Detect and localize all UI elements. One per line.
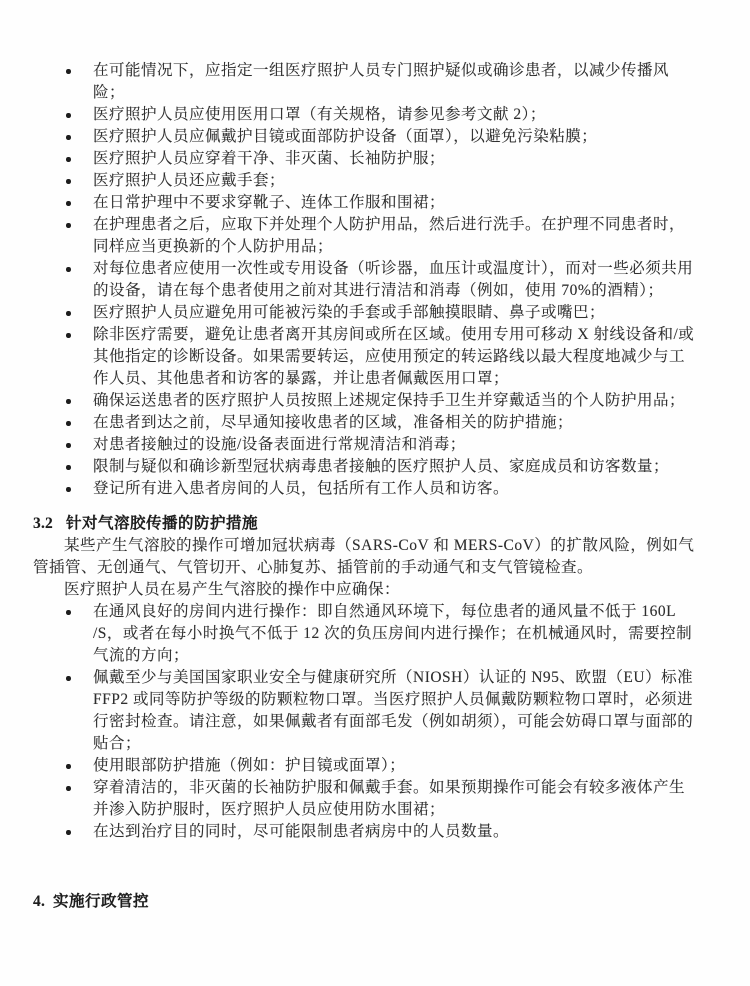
list-item: 对每位患者应使用一次性或专用设备（听诊器，血压计或温度计），而对一些必须共用的设… xyxy=(33,258,700,302)
list-item-text: 医疗照护人员应佩戴护目镜或面部防护设备（面罩），以避免污染粘膜； xyxy=(93,128,597,145)
list-item-text: 穿着清洁的，非灭菌的长袖防护服和佩戴手套。如果预期操作可能会有较多液体产生并渗入… xyxy=(93,779,685,818)
list-item-text: 除非医疗需要，避免让患者离开其房间或所在区域。使用专用可移动 X 射线设备和/或… xyxy=(93,326,694,387)
droplet-contact-precaution-list: 在可能情况下，应指定一组医疗照护人员专门照护疑似或确诊患者，以减少传播风险； 医… xyxy=(33,60,700,500)
list-item: 确保运送患者的医疗照护人员按照上述规定保持手卫生并穿戴适当的个人防护用品； xyxy=(33,390,700,412)
list-item-text: 医疗照护人员应穿着干净、非灭菌、长袖防护服； xyxy=(93,150,445,167)
list-item: 在日常护理中不要求穿靴子、连体工作服和围裙； xyxy=(33,192,700,214)
section-3-2-title: 针对气溶胶传播的防护措施 xyxy=(66,515,258,532)
list-item: 登记所有进入患者房间的人员，包括所有工作人员和访客。 xyxy=(33,478,700,500)
section-4-title: 实施行政管控 xyxy=(53,893,149,910)
list-item: 医疗照护人员应使用医用口罩（有关规格，请参见参考文献 2）； xyxy=(33,104,700,126)
list-item: 限制与疑似和确诊新型冠状病毒患者接触的医疗照护人员、家庭成员和访客数量； xyxy=(33,456,700,478)
list-item: 佩戴至少与美国国家职业安全与健康研究所（NIOSH）认证的 N95、欧盟（EU）… xyxy=(33,667,700,755)
section-3-2-number: 3.2 xyxy=(33,513,53,535)
list-item-text: 使用眼部防护措施（例如：护目镜或面罩）； xyxy=(93,757,405,774)
section-3-2-paragraph-2: 医疗照护人员在易产生气溶胶的操作中应确保： xyxy=(33,579,700,601)
list-item: 除非医疗需要，避免让患者离开其房间或所在区域。使用专用可移动 X 射线设备和/或… xyxy=(33,324,700,390)
list-item: 医疗照护人员应避免用可能被污染的手套或手部触摸眼睛、鼻子或嘴巴； xyxy=(33,302,700,324)
list-item-text: 在通风良好的房间内进行操作：即自然通风环境下，每位患者的通风量不低于 160L … xyxy=(93,603,692,664)
list-item: 在通风良好的房间内进行操作：即自然通风环境下，每位患者的通风量不低于 160L … xyxy=(33,601,700,667)
list-item-text: 在可能情况下，应指定一组医疗照护人员专门照护疑似或确诊患者，以减少传播风险； xyxy=(93,62,669,101)
list-item-text: 医疗照护人员还应戴手套； xyxy=(93,172,285,189)
list-item-text: 在护理患者之后，应取下并处理个人防护用品，然后进行洗手。在护理不同患者时，同样应… xyxy=(93,216,685,255)
list-item-text: 医疗照护人员应使用医用口罩（有关规格，请参见参考文献 2）； xyxy=(93,106,546,123)
list-item-text: 登记所有进入患者房间的人员，包括所有工作人员和访客。 xyxy=(93,480,509,497)
aerosol-precaution-list: 在通风良好的房间内进行操作：即自然通风环境下，每位患者的通风量不低于 160L … xyxy=(33,601,700,843)
list-item-text: 确保运送患者的医疗照护人员按照上述规定保持手卫生并穿戴适当的个人防护用品； xyxy=(93,392,685,409)
section-4-number: 4. xyxy=(33,891,45,913)
list-item: 对患者接触过的设施/设备表面进行常规清洁和消毒； xyxy=(33,434,700,456)
list-item-text: 在患者到达之前，尽早通知接收患者的区域，准备相关的防护措施； xyxy=(93,414,573,431)
list-item-text: 在日常护理中不要求穿靴子、连体工作服和围裙； xyxy=(93,194,445,211)
list-item: 在达到治疗目的同时，尽可能限制患者病房中的人员数量。 xyxy=(33,821,700,843)
list-item: 医疗照护人员应佩戴护目镜或面部防护设备（面罩），以避免污染粘膜； xyxy=(33,126,700,148)
list-item-text: 限制与疑似和确诊新型冠状病毒患者接触的医疗照护人员、家庭成员和访客数量； xyxy=(93,458,669,475)
section-3-2-paragraph-1: 某些产生气溶胶的操作可增加冠状病毒（SARS-CoV 和 MERS-CoV）的扩… xyxy=(33,535,700,579)
list-item-text: 对患者接触过的设施/设备表面进行常规清洁和消毒； xyxy=(93,436,466,453)
list-item: 使用眼部防护措施（例如：护目镜或面罩）； xyxy=(33,755,700,777)
list-item: 医疗照护人员应穿着干净、非灭菌、长袖防护服； xyxy=(33,148,700,170)
list-item-text: 佩戴至少与美国国家职业安全与健康研究所（NIOSH）认证的 N95、欧盟（EU）… xyxy=(93,669,693,752)
section-4-heading: 4.实施行政管控 xyxy=(33,891,700,913)
list-item: 在可能情况下，应指定一组医疗照护人员专门照护疑似或确诊患者，以减少传播风险； xyxy=(33,60,700,104)
list-item: 在护理患者之后，应取下并处理个人防护用品，然后进行洗手。在护理不同患者时，同样应… xyxy=(33,214,700,258)
scanned-document-page: 在可能情况下，应指定一组医疗照护人员专门照护疑似或确诊患者，以减少传播风险； 医… xyxy=(0,0,750,986)
list-item: 穿着清洁的，非灭菌的长袖防护服和佩戴手套。如果预期操作可能会有较多液体产生并渗入… xyxy=(33,777,700,821)
list-item-text: 在达到治疗目的同时，尽可能限制患者病房中的人员数量。 xyxy=(93,823,509,840)
list-item: 在患者到达之前，尽早通知接收患者的区域，准备相关的防护措施； xyxy=(33,412,700,434)
section-3-2-heading: 3.2针对气溶胶传播的防护措施 xyxy=(33,513,700,535)
list-item-text: 医疗照护人员应避免用可能被污染的手套或手部触摸眼睛、鼻子或嘴巴； xyxy=(93,304,605,321)
list-item-text: 对每位患者应使用一次性或专用设备（听诊器，血压计或温度计），而对一些必须共用的设… xyxy=(93,260,693,299)
list-item: 医疗照护人员还应戴手套； xyxy=(33,170,700,192)
